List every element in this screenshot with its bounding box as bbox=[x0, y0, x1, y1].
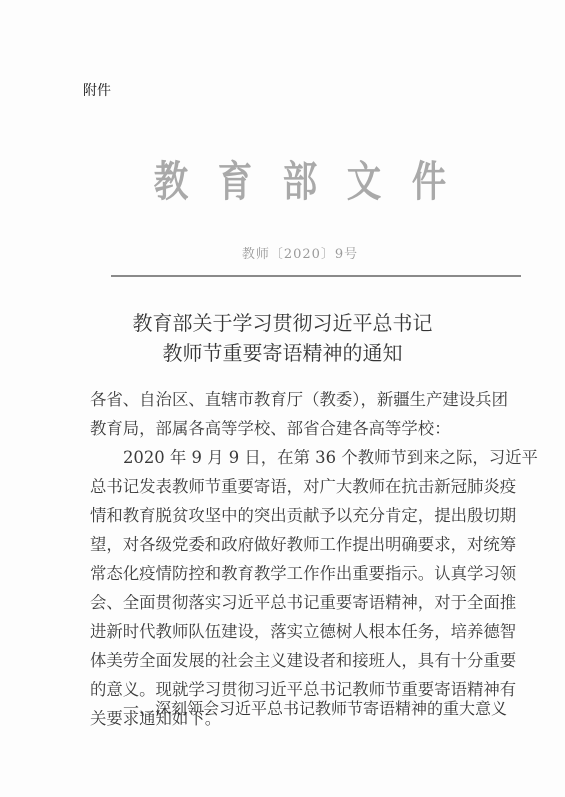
body-line: 情和教育脱贫攻坚中的突出贡献予以充分肯定，提出殷切期 bbox=[90, 501, 490, 530]
header-char: 文 bbox=[347, 158, 381, 206]
body-line: 体美劳全面发展的社会主义建设者和接班人，具有十分重要 bbox=[90, 646, 490, 675]
header-char: 育 bbox=[218, 158, 252, 206]
header-char: 部 bbox=[283, 158, 317, 206]
header-char: 件 bbox=[412, 158, 446, 206]
header-divider bbox=[111, 275, 521, 277]
section-heading: 一、深刻领会习近平总书记教师节寄语精神的重大意义 bbox=[123, 694, 507, 723]
document-number: 教师〔2020〕9号 bbox=[0, 243, 565, 262]
attachment-label: 附件 bbox=[83, 80, 111, 100]
body-line: 2020 年 9 月 9 日，在第 36 个教师节到来之际，习近平 bbox=[90, 443, 490, 472]
document-body: 各省、自治区、直辖市教育厅（教委），新疆生产建设兵团 教育局，部属各高等学校、部… bbox=[90, 385, 490, 733]
title-line-2: 教师节重要寄语精神的通知 bbox=[0, 338, 565, 368]
addressee-line: 各省、自治区、直辖市教育厅（教委），新疆生产建设兵团 bbox=[90, 385, 490, 414]
addressee-line: 教育局，部属各高等学校、部省合建各高等学校： bbox=[90, 414, 490, 443]
body-line: 常态化疫情防控和教育教学工作作出重要指示。认真学习领 bbox=[90, 559, 490, 588]
body-line: 会、全面贯彻落实习近平总书记重要寄语精神，对于全面推 bbox=[90, 588, 490, 617]
body-line: 进新时代教师队伍建设，落实立德树人根本任务，培养德智 bbox=[90, 617, 490, 646]
title-line-1: 教育部关于学习贯彻习近平总书记 bbox=[0, 308, 565, 338]
header-char: 教 bbox=[154, 158, 188, 206]
document-title: 教育部关于学习贯彻习近平总书记 教师节重要寄语精神的通知 bbox=[0, 308, 565, 368]
document-page: 附件 教 育 部 文 件 教师〔2020〕9号 教育部关于学习贯彻习近平总书记 … bbox=[0, 0, 565, 797]
body-line: 望，对各级党委和政府做好教师工作提出明确要求，对统筹 bbox=[90, 530, 490, 559]
document-header: 教 育 部 文 件 bbox=[150, 158, 450, 206]
body-line: 总书记发表教师节重要寄语，对广大教师在抗击新冠肺炎疫 bbox=[90, 472, 490, 501]
